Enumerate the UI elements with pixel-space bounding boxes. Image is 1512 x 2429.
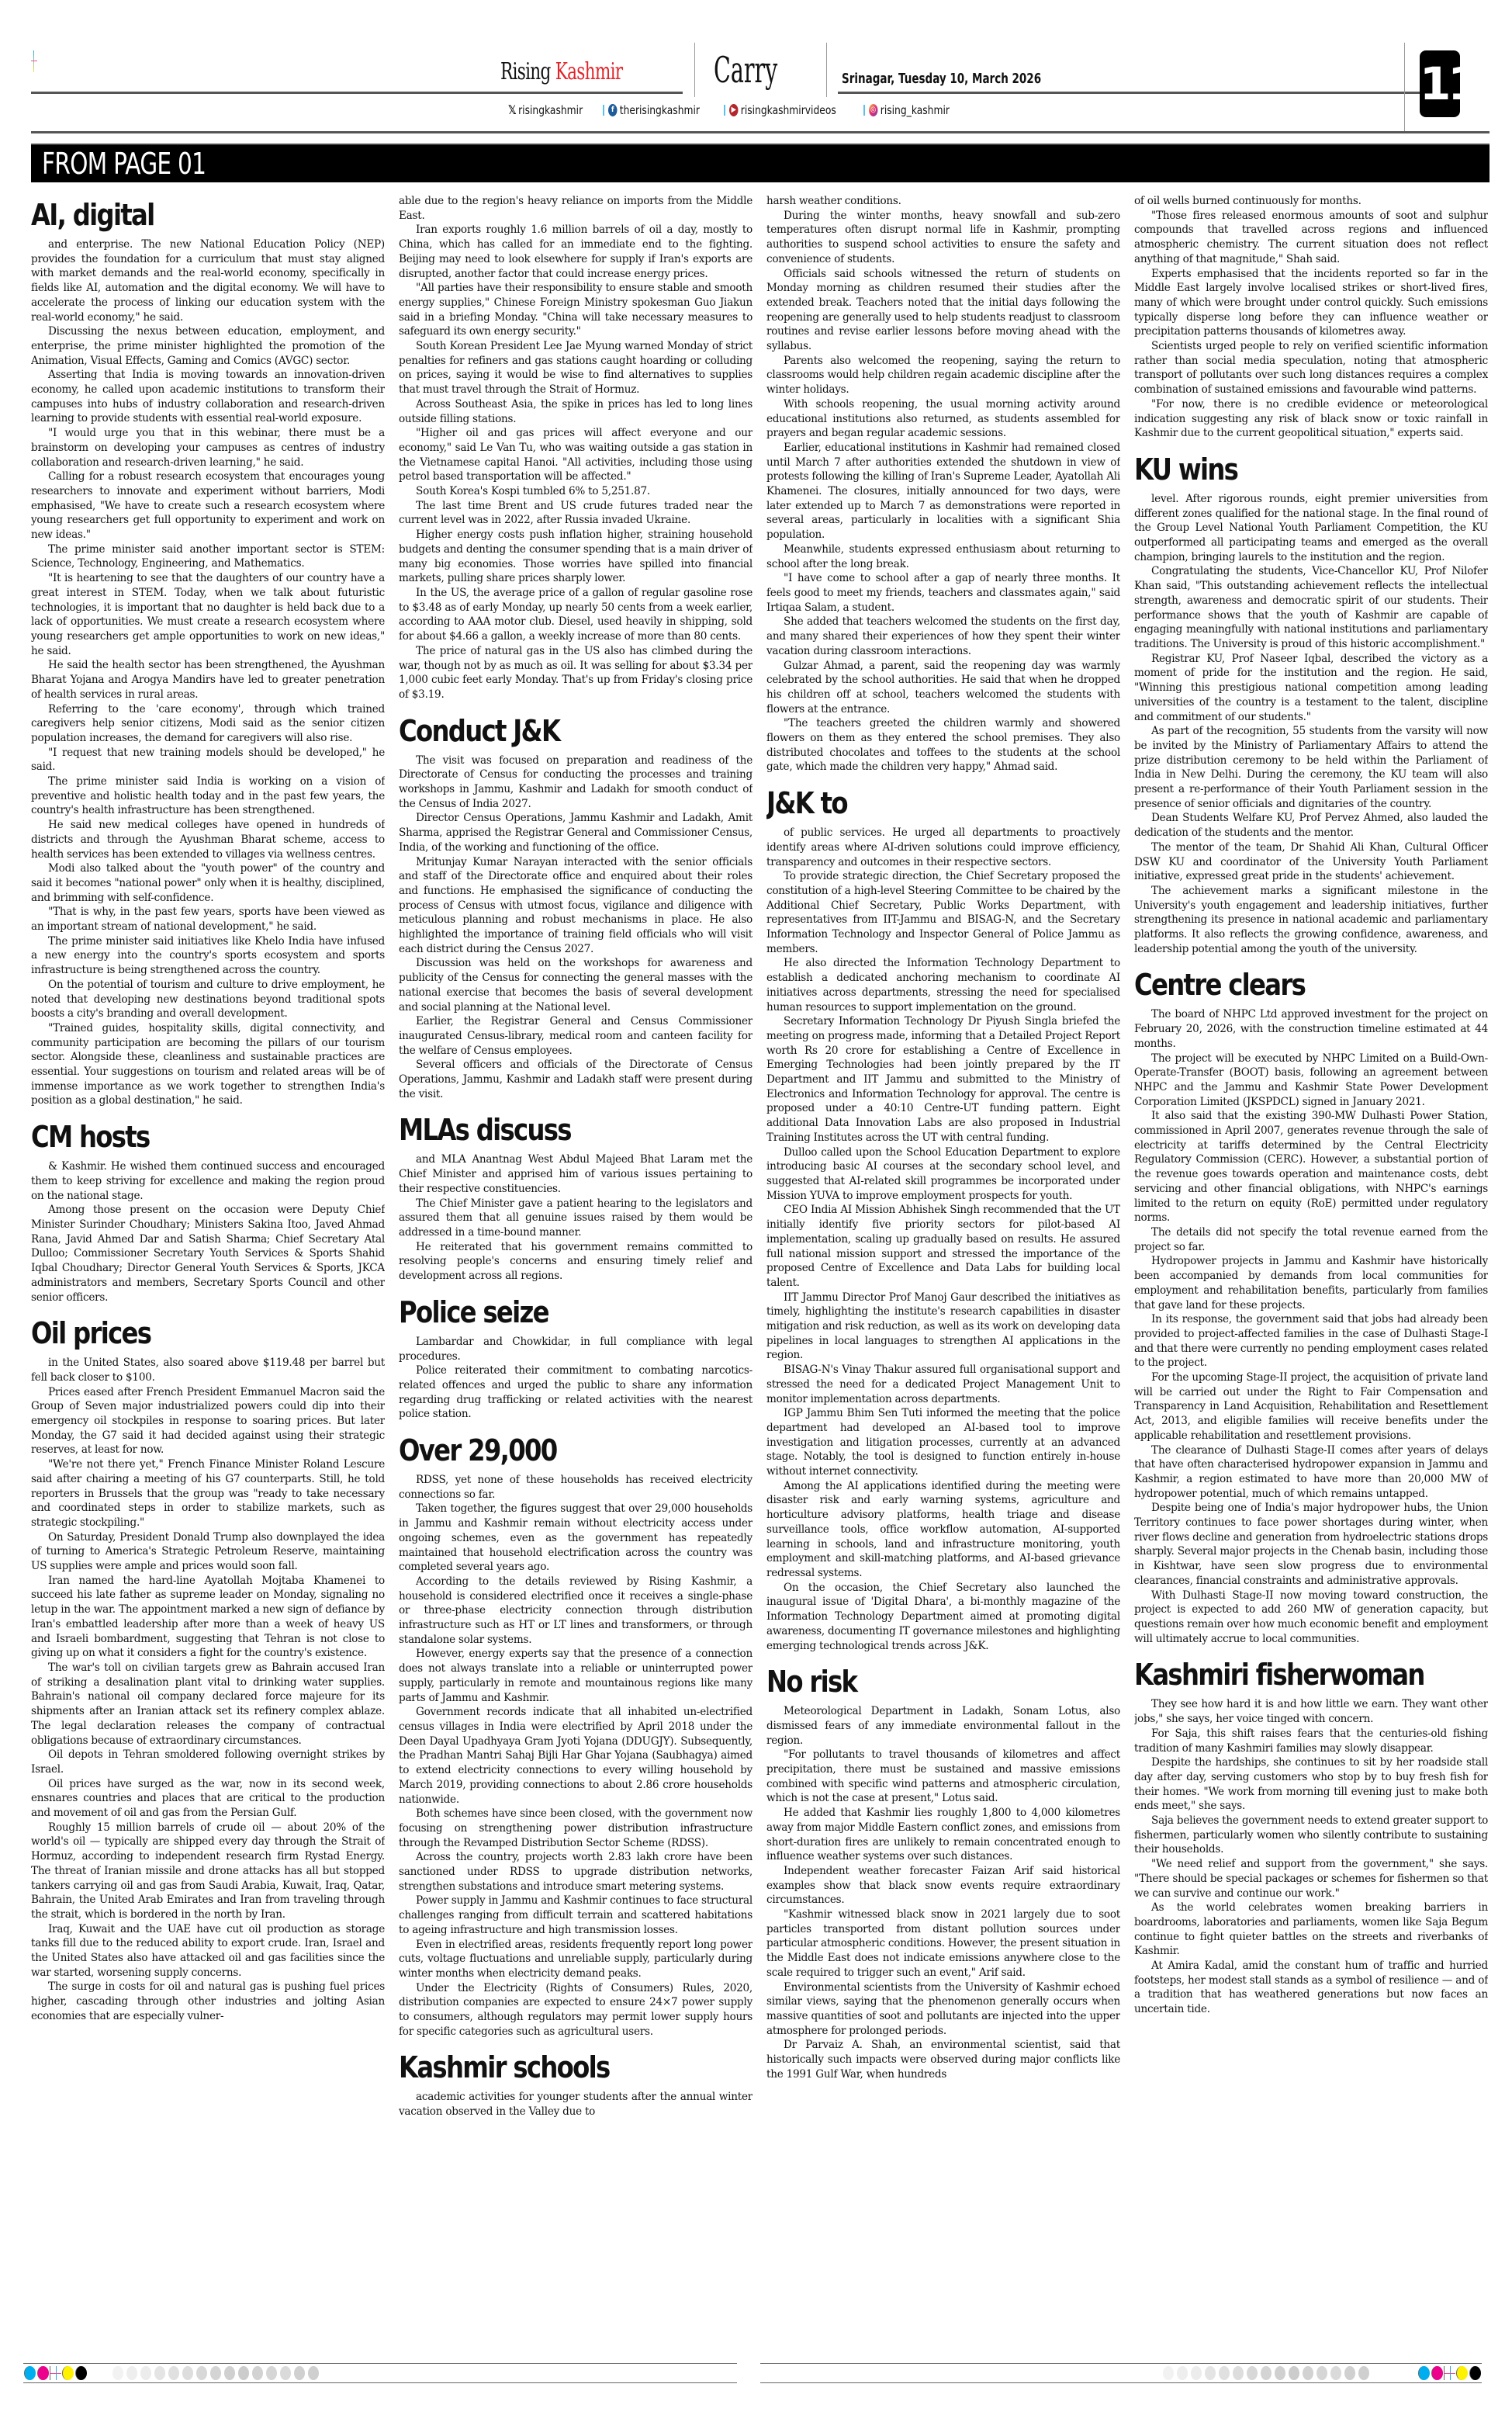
tint-dot	[266, 2366, 277, 2380]
paragraph: "I have come to school after a gap of ne…	[766, 571, 1120, 615]
paragraph: Scientists urged people to rely on verif…	[1134, 339, 1488, 397]
black-swatch	[75, 2366, 87, 2380]
paragraph: To provide strategic direction, the Chie…	[766, 869, 1120, 956]
paragraph: On the occasion, the Chief Secretary als…	[766, 1581, 1120, 1654]
column-4: of oil wells burned continuously for mon…	[1134, 194, 1488, 2344]
logo-kashmir: Kashmir	[555, 58, 623, 85]
story: harsh weather conditions.During the wint…	[766, 194, 1120, 774]
paragraph: Government records indicate that all inh…	[399, 1705, 753, 1807]
column-1: AI, digitaland enterprise. The new Natio…	[31, 194, 385, 2344]
tint-dot	[294, 2366, 305, 2380]
story: Over 29,000RDSS, yet none of these house…	[399, 1433, 753, 2039]
paragraph: Lambardar and Chowkidar, in full complia…	[399, 1335, 753, 1363]
paragraph: Police reiterated their commitment to co…	[399, 1363, 753, 1422]
story-headline: Over 29,000	[399, 1433, 700, 1468]
paragraph: of public services. He urged all departm…	[766, 826, 1120, 869]
story: Police seizeLambardar and Chowkidar, in …	[399, 1294, 753, 1422]
paragraph: Oil depots in Tehran smoldered following…	[31, 1748, 385, 1776]
social-facebook[interactable]: ftherisingkashmir	[608, 103, 700, 117]
newspaper-logo[interactable]: Rising Kashmir	[500, 58, 622, 85]
paragraph: in the United States, also soared above …	[31, 1356, 385, 1384]
paragraph: "The teachers greeted the children warml…	[766, 716, 1120, 774]
story-headline: Police seize	[399, 1294, 700, 1330]
paragraph: Congratulating the students, Vice-Chance…	[1134, 564, 1488, 651]
separator	[603, 105, 604, 116]
youtube-icon: ▶	[729, 104, 738, 116]
divider	[694, 43, 695, 97]
paragraph: He reiterated that his government remain…	[399, 1240, 753, 1284]
paragraph: Environmental scientists from the Univer…	[766, 1980, 1120, 2039]
paragraph: With schools reopening, the usual mornin…	[766, 397, 1120, 441]
paragraph: For the upcoming Stage-II project, the a…	[1134, 1370, 1488, 1443]
story: J&K toof public services. He urged all d…	[766, 785, 1120, 1653]
tint-dot	[1358, 2366, 1369, 2380]
section-name: Carry	[714, 49, 777, 91]
paragraph: "I request that new training models shou…	[31, 746, 385, 774]
story-body: of public services. He urged all departm…	[766, 826, 1120, 1653]
tint-dot	[112, 2366, 123, 2380]
paragraph: For Saja, this shift raises fears that t…	[1134, 1727, 1488, 1755]
magenta-swatch	[1431, 2366, 1443, 2380]
tint-dot	[1317, 2366, 1327, 2380]
tint-dot	[196, 2366, 207, 2380]
paragraph: of oil wells burned continuously for mon…	[1134, 194, 1488, 209]
paragraph: "I would urge you that in this webinar, …	[31, 426, 385, 470]
paragraph: With Dulhasti Stage-II now moving toward…	[1134, 1589, 1488, 1647]
story-headline: KU wins	[1134, 452, 1435, 487]
paragraph: "For pollutants to travel thousands of k…	[766, 1748, 1120, 1806]
paragraph: RDSS, yet none of these households has r…	[399, 1473, 753, 1502]
paragraph: It also said that the existing 390-MW Du…	[1134, 1109, 1488, 1225]
paragraph: The clearance of Dulhasti Stage-II comes…	[1134, 1443, 1488, 1502]
story: AI, digitaland enterprise. The new Natio…	[31, 197, 385, 1108]
paragraph: The prime minister said initiatives like…	[31, 934, 385, 978]
tint-dot	[280, 2366, 291, 2380]
paragraph: Roughly 15 million barrels of crude oil …	[31, 1821, 385, 1922]
tint-dot	[224, 2366, 235, 2380]
yellow-swatch	[1456, 2366, 1468, 2380]
masthead-rule	[31, 92, 683, 94]
paragraph: As the world celebrates women breaking b…	[1134, 1901, 1488, 1959]
paragraph: and enterprise. The new National Educati…	[31, 237, 385, 324]
column-3: harsh weather conditions.During the wint…	[766, 194, 1120, 2344]
paragraph: The price of natural gas in the US also …	[399, 644, 753, 702]
social-handle: risingkashmir	[518, 103, 583, 117]
paragraph: Power supply in Jammu and Kashmir contin…	[399, 1894, 753, 1937]
page-number: 11	[1420, 50, 1460, 117]
paragraph: CEO India AI Mission Abhishek Singh reco…	[766, 1203, 1120, 1290]
tint-dot	[1163, 2366, 1174, 2380]
tint-dot	[1219, 2366, 1230, 2380]
tint-dot	[308, 2366, 319, 2380]
tint-dot	[1233, 2366, 1244, 2380]
paragraph: level. After rigorous rounds, eight prem…	[1134, 492, 1488, 565]
tint-dot	[1344, 2366, 1355, 2380]
paragraph: South Korean President Lee Jae Myung war…	[399, 339, 753, 397]
article-columns: AI, digitaland enterprise. The new Natio…	[31, 194, 1490, 2344]
story-headline: Kashmir schools	[399, 2050, 700, 2085]
paragraph: Secretary Information Technology Dr Piyu…	[766, 1014, 1120, 1145]
paragraph: "Those fires released enormous amounts o…	[1134, 209, 1488, 267]
paragraph: South Korea's Kospi tumbled 6% to 5,251.…	[399, 484, 753, 499]
paragraph: Asserting that India is moving towards a…	[31, 368, 385, 426]
paragraph: Gulzar Ahmad, a parent, said the reopeni…	[766, 659, 1120, 717]
story-headline: MLAs discuss	[399, 1112, 700, 1148]
story-headline: Conduct J&K	[399, 713, 700, 749]
tint-dot	[1303, 2366, 1313, 2380]
logo-rising: Rising	[500, 58, 555, 85]
paragraph: & Kashmir. He wished them continued succ…	[31, 1159, 385, 1203]
story: able due to the region's heavy reliance …	[399, 194, 753, 702]
paragraph: Iran exports roughly 1.6 million barrels…	[399, 223, 753, 281]
paragraph: The details did not specify the total re…	[1134, 1225, 1488, 1254]
tint-dot	[1191, 2366, 1202, 2380]
paragraph: and MLA Anantnag West Abdul Majeed Bhat …	[399, 1152, 753, 1196]
tint-dot	[168, 2366, 179, 2380]
tint-dot	[1330, 2366, 1341, 2380]
story-body: & Kashmir. He wished them continued succ…	[31, 1159, 385, 1305]
separator	[724, 105, 725, 116]
paragraph: Experts emphasised that the incidents re…	[1134, 267, 1488, 340]
tint-dot	[1275, 2366, 1285, 2380]
story-body: The visit was focused on preparation and…	[399, 754, 753, 1102]
paragraph: On the potential of tourism and culture …	[31, 978, 385, 1021]
section-banner: FROM PAGE 01	[31, 144, 1490, 182]
social-handle: risingkashmirvideos	[741, 103, 836, 117]
paragraph: In its response, the government said tha…	[1134, 1312, 1488, 1370]
paragraph: Dr Parvaiz A. Shah, an environmental sci…	[766, 2038, 1120, 2081]
paragraph: As part of the recognition, 55 students …	[1134, 724, 1488, 811]
masthead-rule	[838, 92, 1435, 94]
paragraph: Officials said schools witnessed the ret…	[766, 267, 1120, 354]
social-youtube[interactable]: ▶risingkashmirvideos	[729, 103, 836, 117]
story: of oil wells burned continuously for mon…	[1134, 194, 1488, 441]
paragraph: "Higher oil and gas prices will affect e…	[399, 426, 753, 484]
tint-dot	[238, 2366, 249, 2380]
tint-dot	[210, 2366, 221, 2380]
paragraph: Calling for a robust research ecosystem …	[31, 470, 385, 542]
paragraph: "Kashmir witnessed black snow in 2021 la…	[766, 1908, 1120, 1980]
paragraph: Discussing the nexus between education, …	[31, 324, 385, 368]
story: MLAs discussand MLA Anantnag West Abdul …	[399, 1112, 753, 1283]
paragraph: Earlier, the Registrar General and Censu…	[399, 1014, 753, 1058]
dateline: Srinagar, Tuesday 10, March 2026	[842, 71, 1041, 87]
column-2: able due to the region's heavy reliance …	[399, 194, 753, 2344]
paragraph: "That is why, in the past few years, spo…	[31, 905, 385, 934]
paragraph: During the winter months, heavy snowfall…	[766, 209, 1120, 267]
paragraph: In the US, the average price of a gallon…	[399, 586, 753, 644]
story-body: The board of NHPC Ltd approved investmen…	[1134, 1007, 1488, 1646]
black-swatch	[1469, 2366, 1481, 2380]
story: Kashmir schoolsacademic activities for y…	[399, 2050, 753, 2119]
tint-dot	[154, 2366, 165, 2380]
paragraph: Hydropower projects in Jammu and Kashmir…	[1134, 1254, 1488, 1312]
paragraph: Iran named the hard-line Ayatollah Mojta…	[31, 1574, 385, 1661]
cyan-swatch	[1418, 2366, 1430, 2380]
story-body: and enterprise. The new National Educati…	[31, 237, 385, 1108]
story-body: They see how hard it is and how little w…	[1134, 1697, 1488, 2016]
social-x[interactable]: 𝕏risingkashmir	[508, 103, 583, 117]
paragraph: On Saturday, President Donald Trump also…	[31, 1530, 385, 1574]
paragraph: The board of NHPC Ltd approved investmen…	[1134, 1007, 1488, 1051]
paragraph: Across Southeast Asia, the spike in pric…	[399, 397, 753, 426]
separator	[863, 105, 865, 116]
paragraph: The prime minister said India is working…	[31, 774, 385, 818]
tint-dot	[1289, 2366, 1299, 2380]
social-handle: rising_kashmir	[881, 103, 950, 117]
paragraph: They see how hard it is and how little w…	[1134, 1697, 1488, 1726]
paragraph: The surge in costs for oil and natural g…	[31, 1980, 385, 2023]
paragraph: The project will be executed by NHPC Lim…	[1134, 1052, 1488, 1110]
tint-dot	[182, 2366, 193, 2380]
registration-cross	[50, 2366, 61, 2380]
story: CM hosts& Kashmir. He wished them contin…	[31, 1119, 385, 1305]
magenta-swatch	[37, 2366, 49, 2380]
tint-dot	[126, 2366, 137, 2380]
paragraph: The last time Brent and US crude futures…	[399, 499, 753, 528]
story-headline: Centre clears	[1134, 967, 1435, 1003]
paragraph: The visit was focused on preparation and…	[399, 754, 753, 812]
story-headline: No risk	[766, 1664, 1067, 1700]
paragraph: Meanwhile, students expressed enthusiasm…	[766, 542, 1120, 571]
story-headline: Kashmiri fisherwoman	[1134, 1657, 1435, 1693]
story: No riskMeteorological Department in Lada…	[766, 1664, 1120, 2081]
print-colorbar-left	[23, 2363, 737, 2383]
story-headline: AI, digital	[31, 197, 332, 233]
paragraph: "Trained guides, hospitality skills, dig…	[31, 1021, 385, 1108]
paragraph: Oil prices have surged as the war, now i…	[31, 1777, 385, 1821]
yellow-swatch	[62, 2366, 74, 2380]
story-body: in the United States, also soared above …	[31, 1356, 385, 2023]
story-headline: J&K to	[766, 785, 1067, 821]
story-body: level. After rigorous rounds, eight prem…	[1134, 492, 1488, 957]
tint-dot	[1177, 2366, 1188, 2380]
paragraph: "It is heartening to see that the daught…	[31, 571, 385, 658]
registration-cross	[1444, 2366, 1455, 2380]
paragraph: Referring to the 'care economy', through…	[31, 702, 385, 746]
color-swatches	[23, 2366, 88, 2380]
story-body: Lambardar and Chowkidar, in full complia…	[399, 1335, 753, 1422]
story-body: and MLA Anantnag West Abdul Majeed Bhat …	[399, 1152, 753, 1283]
paragraph: He added that Kashmir lies roughly 1,800…	[766, 1806, 1120, 1864]
divider	[1404, 43, 1405, 132]
social-instagram[interactable]: ◎rising_kashmir	[869, 103, 950, 117]
paragraph: Both schemes have since been closed, wit…	[399, 1807, 753, 1850]
paragraph: Meteorological Department in Ladakh, Son…	[766, 1704, 1120, 1748]
paragraph: harsh weather conditions.	[766, 194, 1120, 209]
paragraph: He said the health sector has been stren…	[31, 658, 385, 702]
x-icon: 𝕏	[508, 104, 516, 116]
paragraph: Mritunjay Kumar Narayan interacted with …	[399, 855, 753, 957]
paragraph: The war's toll on civilian targets grew …	[31, 1661, 385, 1748]
paragraph: She added that teachers welcomed the stu…	[766, 615, 1120, 658]
paragraph: Dean Students Welfare KU, Prof Pervez Ah…	[1134, 811, 1488, 840]
paragraph: Parents also welcomed the reopening, say…	[766, 354, 1120, 397]
story-headline: CM hosts	[31, 1119, 332, 1155]
story: Centre clearsThe board of NHPC Ltd appro…	[1134, 967, 1488, 1646]
story-body: Meteorological Department in Ladakh, Son…	[766, 1704, 1120, 2081]
tint-dot	[252, 2366, 263, 2380]
story-body: able due to the region's heavy reliance …	[399, 194, 753, 702]
paragraph: Despite being one of India's major hydro…	[1134, 1501, 1488, 1588]
paragraph: Among the AI applications identified dur…	[766, 1479, 1120, 1581]
story-headline: Oil prices	[31, 1315, 332, 1351]
tint-dots	[111, 2366, 320, 2380]
social-handle: therisingkashmir	[620, 103, 700, 117]
masthead: Rising Kashmir Carry Srinagar, Tuesday 1…	[31, 43, 1490, 134]
paragraph: However, energy experts say that the pre…	[399, 1647, 753, 1705]
paragraph: "All parties have their responsibility t…	[399, 281, 753, 339]
story-body: RDSS, yet none of these households has r…	[399, 1473, 753, 2039]
paragraph: Even in electrified areas, residents fre…	[399, 1938, 753, 1981]
paragraph: Across the country, projects worth 2.83 …	[399, 1850, 753, 1894]
paragraph: Several officers and officials of the Di…	[399, 1058, 753, 1101]
paragraph: Iraq, Kuwait and the UAE have cut oil pr…	[31, 1922, 385, 1980]
paragraph: At Amira Kadal, amid the constant hum of…	[1134, 1959, 1488, 2017]
story: KU winslevel. After rigorous rounds, eig…	[1134, 452, 1488, 957]
paragraph: IGP Jammu Bhim Sen Tuti informed the mee…	[766, 1406, 1120, 1479]
tint-dot	[1247, 2366, 1258, 2380]
paragraph: Dulloo called upon the School Education …	[766, 1145, 1120, 1204]
paragraph: BISAG-N's Vinay Thakur assured full orga…	[766, 1363, 1120, 1406]
paragraph: Saja believes the government needs to ex…	[1134, 1814, 1488, 1857]
paragraph: Higher energy costs push inflation highe…	[399, 528, 753, 586]
tint-dot	[140, 2366, 151, 2380]
paragraph: Modi also talked about the "youth power"…	[31, 861, 385, 905]
print-colorbar-right	[760, 2363, 1482, 2383]
paragraph: According to the details reviewed by Ris…	[399, 1575, 753, 1648]
paragraph: "We're not there yet," French Finance Mi…	[31, 1457, 385, 1530]
paragraph: Taken together, the figures suggest that…	[399, 1502, 753, 1575]
paragraph: Prices eased after French President Emma…	[31, 1385, 385, 1458]
paragraph: Earlier, educational institutions in Kas…	[766, 441, 1120, 542]
paragraph: Among those present on the occasion were…	[31, 1203, 385, 1305]
paragraph: The achievement marks a significant mile…	[1134, 884, 1488, 957]
paragraph: He said new medical colleges have opened…	[31, 818, 385, 861]
story-body: of oil wells burned continuously for mon…	[1134, 194, 1488, 441]
paragraph: Under the Electricity (Rights of Consume…	[399, 1981, 753, 2039]
paragraph: The Chief Minister gave a patient hearin…	[399, 1197, 753, 1240]
divider	[826, 43, 827, 97]
paragraph: The mentor of the team, Dr Shahid Ali Kh…	[1134, 840, 1488, 884]
tint-dot	[1205, 2366, 1216, 2380]
story-body: harsh weather conditions.During the wint…	[766, 194, 1120, 774]
story: Kashmiri fisherwomanThey see how hard it…	[1134, 1657, 1488, 2016]
color-swatches	[1417, 2366, 1482, 2380]
paragraph: Despite the hardships, she continues to …	[1134, 1755, 1488, 1814]
banner-title: FROM PAGE 01	[42, 147, 206, 181]
story: Conduct J&KThe visit was focused on prep…	[399, 713, 753, 1102]
paragraph: Registrar KU, Prof Naseer Iqbal, describ…	[1134, 652, 1488, 725]
paragraph: Discussion was held on the workshops for…	[399, 956, 753, 1014]
cyan-swatch	[24, 2366, 36, 2380]
masthead-rule	[31, 131, 1490, 133]
paragraph: The prime minister said another importan…	[31, 542, 385, 571]
story-body: academic activities for younger students…	[399, 2090, 753, 2119]
paragraph: IIT Jammu Director Prof Manoj Gaur descr…	[766, 1291, 1120, 1363]
tint-dots	[1161, 2366, 1371, 2380]
paragraph: He also directed the Information Technol…	[766, 956, 1120, 1014]
paragraph: academic activities for younger students…	[399, 2090, 753, 2119]
paragraph: Director Census Operations, Jammu Kashmi…	[399, 811, 753, 854]
story: Oil pricesin the United States, also soa…	[31, 1315, 385, 2023]
paragraph: "We need relief and support from the gov…	[1134, 1857, 1488, 1901]
social-links: 𝕏risingkashmir ftherisingkashmir ▶rising…	[508, 103, 967, 117]
facebook-icon: f	[608, 104, 617, 116]
tint-dot	[1261, 2366, 1272, 2380]
paragraph: able due to the region's heavy reliance …	[399, 194, 753, 223]
instagram-icon: ◎	[869, 104, 877, 116]
paragraph: Independent weather forecaster Faizan Ar…	[766, 1864, 1120, 1908]
paragraph: "For now, there is no credible evidence …	[1134, 397, 1488, 441]
